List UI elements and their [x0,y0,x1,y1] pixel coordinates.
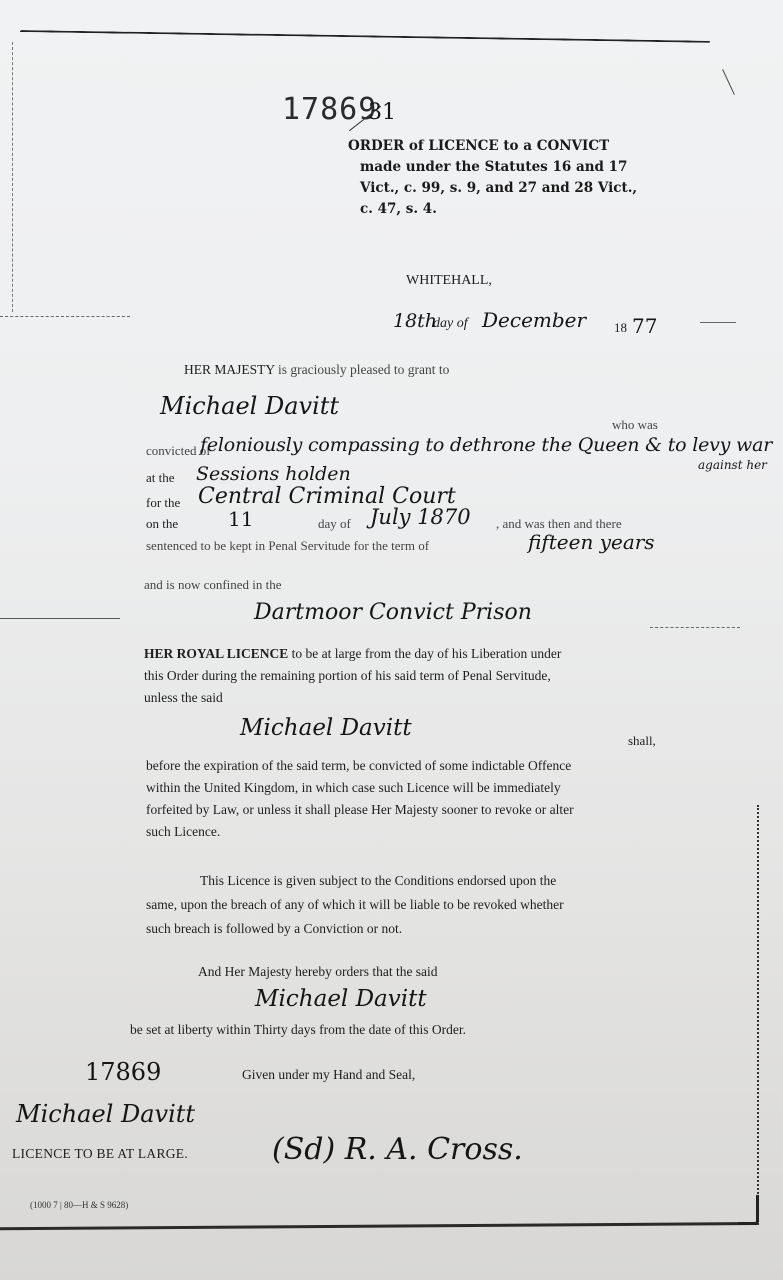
fold-rule-right-2 [650,627,740,628]
signature: (Sd) R. A. Cross. [272,1132,523,1167]
conviction-month-year: July 1870 [370,505,471,529]
paragraph-line: This Licence is given subject to the Con… [146,869,564,893]
conditions-paragraph: This Licence is given subject to the Con… [146,869,564,941]
offence-text: feloniously compassing to dethrone the Q… [200,434,772,456]
liberty-text: be set at liberty within Thirty days fro… [130,1022,466,1038]
right-border-line [757,805,759,1225]
stamp-suffix: 31 [368,100,396,125]
royal-licence-heading: HER ROYAL LICENCE [144,646,288,661]
paragraph-line: forfeited by Law, or unless it shall ple… [146,799,574,821]
paragraph-line: such breach is followed by a Conviction … [146,917,564,941]
prison-name: Dartmoor Convict Prison [254,600,532,625]
grant-line: HER MAJESTY is graciously pleased to gra… [184,362,449,378]
date-month: December [482,308,586,332]
paragraph-line: same, upon the breach of any of which it… [146,893,564,917]
fold-rule-left-1 [0,316,130,317]
grant-text: is graciously pleased to grant to [278,362,449,377]
bottom-border-line [0,1222,757,1230]
top-border-line [20,30,710,43]
date-day-of-label: day of [433,316,468,332]
given-under-hand: Given under my Hand and Seal, [242,1067,415,1083]
date-year-handwritten: 77 [632,314,657,338]
title-line: Vict., c. 99, s. 9, and 27 and 28 Vict., [348,178,637,199]
who-was-label: who was [612,417,658,433]
docket-title: LICENCE TO BE AT LARGE. [12,1146,188,1162]
title-line: ORDER of LICENCE to a CONVICT [348,136,637,157]
document-title: ORDER of LICENCE to a CONVICT made under… [348,136,637,220]
her-majesty-label: HER MAJESTY [184,362,275,377]
place-whitehall: WHITEHALL, [406,273,492,289]
paragraph-line: such Licence. [146,821,574,843]
grantee-name: Michael Davitt [160,392,339,420]
confined-text: and is now confined in the [144,577,282,593]
order-intro: And Her Majesty hereby orders that the s… [198,964,438,980]
date-day: 18th [393,310,437,332]
title-line: made under the Statutes 16 and 17 [348,157,637,178]
sessions-text: Sessions holden [196,463,351,485]
order-name: Michael Davitt [255,986,427,1012]
sentenced-text: sentenced to be kept in Penal Servitude … [146,538,429,554]
corner-mark [722,69,735,95]
stamp-number: 17869 [282,92,377,127]
docket-number: 17869 [85,1058,161,1086]
day-of-label: day of [318,516,351,532]
forfeiture-paragraph: before the expiration of the said term, … [146,755,574,843]
licence-line: to be at large from the day of his Liber… [292,646,562,661]
print-code: (1000 7 | 80—H & S 9628) [30,1200,128,1210]
shall-label: shall, [628,733,656,749]
paragraph-line: within the United Kingdom, in which case… [146,777,574,799]
fold-rule-right-1 [700,322,736,323]
licence-line: this Order during the remaining portion … [144,665,561,687]
on-the-label: on the [146,516,178,532]
docket-name: Michael Davitt [16,1100,195,1128]
bottom-right-corner [738,1195,759,1225]
licence-paragraph: HER ROYAL LICENCE to be at large from th… [144,643,561,709]
for-the-label: for the [146,495,180,511]
offence-continued: against her [698,458,767,472]
sentence-term: fifteen years [528,530,655,554]
date-year-printed: 18 [614,320,627,336]
title-line: c. 47, s. 4. [348,199,637,220]
left-border-line [12,42,13,312]
fold-rule-left-2 [0,618,120,619]
at-the-label: at the [146,470,175,486]
paragraph-line: before the expiration of the said term, … [146,755,574,777]
licensee-name: Michael Davitt [240,715,412,741]
conviction-day: 11 [228,507,253,531]
licence-line: unless the said [144,687,561,709]
